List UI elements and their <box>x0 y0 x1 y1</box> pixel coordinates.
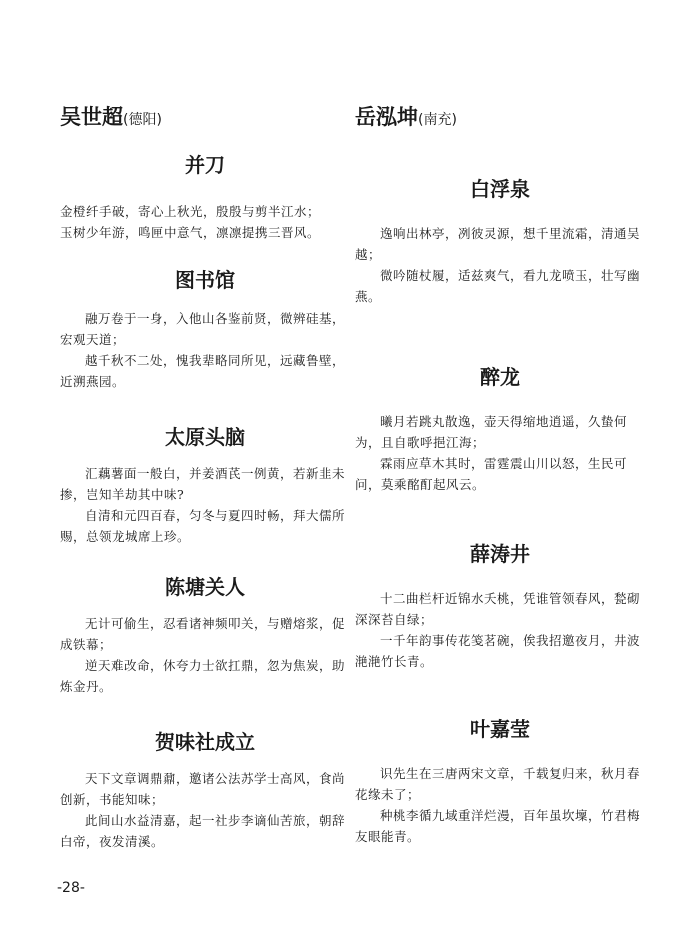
poem: 叶嘉莹 识先生在三唐两宋文章，千载复归来，秋月春花缘未了； 种桃李循九域重洋烂漫… <box>355 715 645 847</box>
poem-line: 天下文章调鼎鼐，邀诸公法苏学士高风，食尚创新，书能知味； <box>60 768 350 810</box>
poem-line: 无计可偷生，忍看诸神频叩关，与赠熔浆，促成铁幕； <box>60 613 350 655</box>
poem-body: 逸响出林亭，冽彼灵源，想千里流霜，清通吴越； 微吟随杖履，适兹爽气，看九龙喷玉，… <box>355 223 645 307</box>
left-column: 吴世超(德阳) 并刀 金橙纤手破，寄心上秋光，殷殷与剪半江水； 玉树少年游，鸣匣… <box>60 103 350 134</box>
poem-title: 太原头脑 <box>60 423 350 451</box>
author-place: (南充) <box>418 112 457 128</box>
poem-title: 叶嘉莹 <box>355 715 645 743</box>
poem-line: 此间山水益清嘉，起一社步李谪仙苦旅，朝辞白帝，夜发清溪。 <box>60 810 350 852</box>
poem-body: 无计可偷生，忍看诸神频叩关，与赠熔浆，促成铁幕； 逆天难改命，休夸力士欲扛鼎，忽… <box>60 613 350 697</box>
poem: 并刀 金橙纤手破，寄心上秋光，殷殷与剪半江水； 玉树少年游，鸣匣中意气，凛凛提携… <box>60 151 350 243</box>
poem-body: 十二曲栏杆近锦水夭桃，凭谁管领春风，甃砌深深苔自绿； 一千年韵事传花笺茗碗，俟我… <box>355 588 645 672</box>
poem-title: 白浮泉 <box>355 175 645 203</box>
poem-body: 天下文章调鼎鼐，邀诸公法苏学士高风，食尚创新，书能知味； 此间山水益清嘉，起一社… <box>60 768 350 852</box>
poem-title: 陈塘关人 <box>60 573 350 601</box>
poem-title: 贺味社成立 <box>60 728 350 756</box>
poem-line: 一千年韵事传花笺茗碗，俟我招邀夜月，井波滟滟竹长青。 <box>355 630 645 672</box>
poem-line: 微吟随杖履，适兹爽气，看九龙喷玉，壮写幽燕。 <box>355 265 645 307</box>
poem: 白浮泉 逸响出林亭，冽彼灵源，想千里流霜，清通吴越； 微吟随杖履，适兹爽气，看九… <box>355 175 645 307</box>
poem-title: 图书馆 <box>60 266 350 294</box>
poem-body: 融万卷于一身，入他山各鉴前贤，微辨硅基，宏观天道； 越千秋不二处，愧我辈略同所见… <box>60 308 350 392</box>
poem-body: 金橙纤手破，寄心上秋光，殷殷与剪半江水； 玉树少年游，鸣匣中意气，凛凛提携三晋风… <box>60 201 350 243</box>
poem: 薛涛井 十二曲栏杆近锦水夭桃，凭谁管领春风，甃砌深深苔自绿； 一千年韵事传花笺茗… <box>355 540 645 672</box>
poem-line: 逆天难改命，休夸力士欲扛鼎，忽为焦炭，助炼金丹。 <box>60 655 350 697</box>
poem: 图书馆 融万卷于一身，入他山各鉴前贤，微辨硅基，宏观天道； 越千秋不二处，愧我辈… <box>60 266 350 392</box>
poem: 陈塘关人 无计可偷生，忍看诸神频叩关，与赠熔浆，促成铁幕； 逆天难改命，休夸力士… <box>60 573 350 697</box>
poem-line: 霖雨应草木其时，雷霆震山川以怒，生民可问，莫乘酩酊起风云。 <box>355 453 645 495</box>
right-column: 岳泓坤(南充) 白浮泉 逸响出林亭，冽彼灵源，想千里流霜，清通吴越； 微吟随杖履… <box>355 103 645 134</box>
author-name: 吴世超 <box>60 105 123 129</box>
poem: 贺味社成立 天下文章调鼎鼐，邀诸公法苏学士高风，食尚创新，书能知味； 此间山水益… <box>60 728 350 852</box>
author-heading: 吴世超(德阳) <box>60 103 350 134</box>
poem-body: 汇藕薯面一般白，并姜酒芪一例黄，若新韭未掺，岂知羊劫其中味? 自清和元四百春，匀… <box>60 463 350 547</box>
poem-title: 并刀 <box>60 151 350 179</box>
poem-title: 薛涛井 <box>355 540 645 568</box>
poem-line: 自清和元四百春，匀冬与夏四时畅，拜大儒所赐，总领龙城席上珍。 <box>60 505 350 547</box>
poem-title: 醉龙 <box>355 363 645 391</box>
author-name: 岳泓坤 <box>355 105 418 129</box>
poem-line: 十二曲栏杆近锦水夭桃，凭谁管领春风，甃砌深深苔自绿； <box>355 588 645 630</box>
poem-line: 越千秋不二处，愧我辈略同所见，远藏鲁壁，近溯燕园。 <box>60 350 350 392</box>
poem-body: 曦月若跳丸散逸，壶天得缩地逍遥，久蛰何为，且自歌呼挹江海； 霖雨应草木其时，雷霆… <box>355 411 645 495</box>
poem-body: 识先生在三唐两宋文章，千载复归来，秋月春花缘未了； 种桃李循九域重洋烂漫，百年虽… <box>355 763 645 847</box>
poem-line: 识先生在三唐两宋文章，千载复归来，秋月春花缘未了； <box>355 763 645 805</box>
poem-line: 玉树少年游，鸣匣中意气，凛凛提携三晋风。 <box>60 222 350 243</box>
page-number: -28- <box>57 880 85 896</box>
poem-line: 逸响出林亭，冽彼灵源，想千里流霜，清通吴越； <box>355 223 645 265</box>
poem: 醉龙 曦月若跳丸散逸，壶天得缩地逍遥，久蛰何为，且自歌呼挹江海； 霖雨应草木其时… <box>355 363 645 495</box>
author-place: (德阳) <box>123 112 162 128</box>
poem-line: 种桃李循九域重洋烂漫，百年虽坎壈，竹君梅友眼能青。 <box>355 805 645 847</box>
poem-line: 金橙纤手破，寄心上秋光，殷殷与剪半江水； <box>60 201 350 222</box>
document-page: 吴世超(德阳) 并刀 金橙纤手破，寄心上秋光，殷殷与剪半江水； 玉树少年游，鸣匣… <box>0 0 700 950</box>
author-heading: 岳泓坤(南充) <box>355 103 645 134</box>
poem-line: 融万卷于一身，入他山各鉴前贤，微辨硅基，宏观天道； <box>60 308 350 350</box>
poem: 太原头脑 汇藕薯面一般白，并姜酒芪一例黄，若新韭未掺，岂知羊劫其中味? 自清和元… <box>60 423 350 547</box>
poem-line: 曦月若跳丸散逸，壶天得缩地逍遥，久蛰何为，且自歌呼挹江海； <box>355 411 645 453</box>
poem-line: 汇藕薯面一般白，并姜酒芪一例黄，若新韭未掺，岂知羊劫其中味? <box>60 463 350 505</box>
